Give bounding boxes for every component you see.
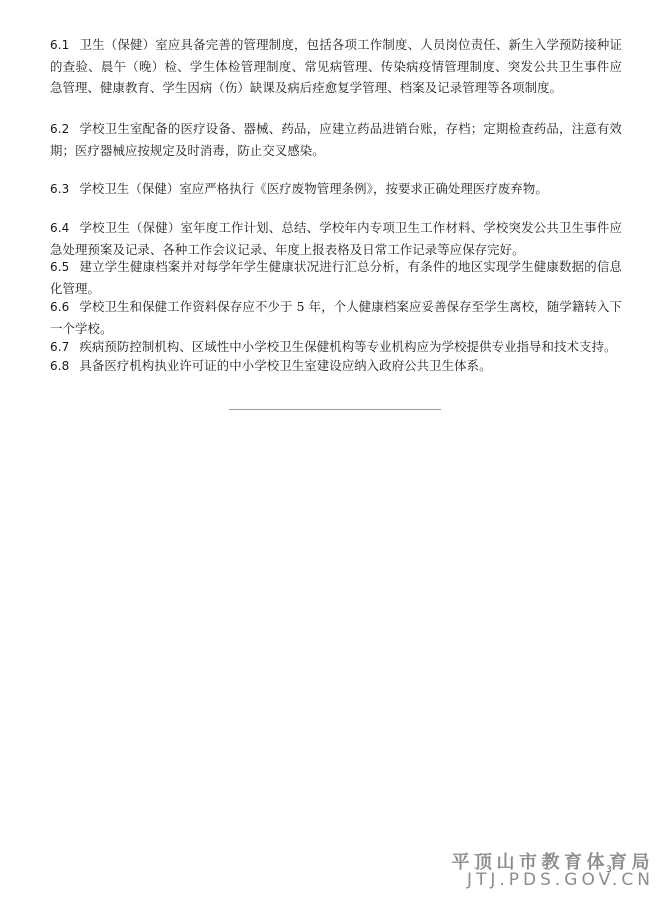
clause-text: 建立学生健康档案并对每学年学生健康状况进行汇总分析，有条件的地区实现学生健康数据… (50, 259, 622, 296)
clause-text: 学校卫生室配备的医疗设备、器械、药品，应建立药品进销台账，存档；定期检查药品，注… (50, 121, 622, 158)
clause-text: 学校卫生（保健）室年度工作计划、总结、学校年内专项卫生工作材料、学校突发公共卫生… (50, 220, 622, 257)
clause-number: 6.6 (50, 300, 69, 314)
clause-text: 学校卫生和保健工作资料保存应不少于 5 年，个人健康档案应妥善保存至学生离校，随… (50, 299, 622, 336)
clause-6-3: 6.3学校卫生（保健）室应严格执行《医疗废物管理条例》，按要求正确处理医疗废弃物… (50, 178, 622, 200)
clause-text: 具备医疗机构执业许可证的中小学校卫生室建设应纳入政府公共卫生体系。 (79, 358, 491, 373)
clause-6-1: 6.1卫生（保健）室应具备完善的管理制度，包括各项工作制度、人员岗位责任、新生入… (50, 34, 622, 98)
clause-number: 6.8 (50, 359, 69, 373)
document-page: 6.1卫生（保健）室应具备完善的管理制度，包括各项工作制度、人员岗位责任、新生入… (0, 0, 668, 903)
clause-text: 卫生（保健）室应具备完善的管理制度，包括各项工作制度、人员岗位责任、新生入学预防… (50, 37, 622, 95)
clause-text: 学校卫生（保健）室应严格执行《医疗废物管理条例》，按要求正确处理医疗废弃物。 (79, 181, 547, 196)
clause-6-2: 6.2学校卫生室配备的医疗设备、器械、药品，应建立药品进销台账，存档；定期检查药… (50, 118, 622, 161)
clause-number: 6.4 (50, 221, 69, 235)
clause-6-6: 6.6学校卫生和保健工作资料保存应不少于 5 年，个人健康档案应妥善保存至学生离… (50, 296, 622, 339)
end-of-section-rule (229, 409, 441, 410)
clause-number: 6.7 (50, 340, 69, 354)
clause-number: 6.1 (50, 38, 69, 52)
page-number: 3 (606, 865, 612, 875)
clause-number: 6.5 (50, 260, 69, 274)
clause-6-5: 6.5建立学生健康档案并对每学年学生健康状况进行汇总分析，有条件的地区实现学生健… (50, 256, 622, 299)
clause-6-4: 6.4学校卫生（保健）室年度工作计划、总结、学校年内专项卫生工作材料、学校突发公… (50, 217, 622, 260)
watermark-domain: JTJ.PDS.GOV.CN (467, 870, 654, 890)
clause-number: 6.2 (50, 122, 69, 136)
clause-text: 疾病预防控制机构、区域性中小学校卫生保健机构等专业机构应为学校提供专业指导和技术… (79, 339, 616, 354)
clause-6-8: 6.8具备医疗机构执业许可证的中小学校卫生室建设应纳入政府公共卫生体系。 (50, 355, 622, 377)
clause-number: 6.3 (50, 182, 69, 196)
